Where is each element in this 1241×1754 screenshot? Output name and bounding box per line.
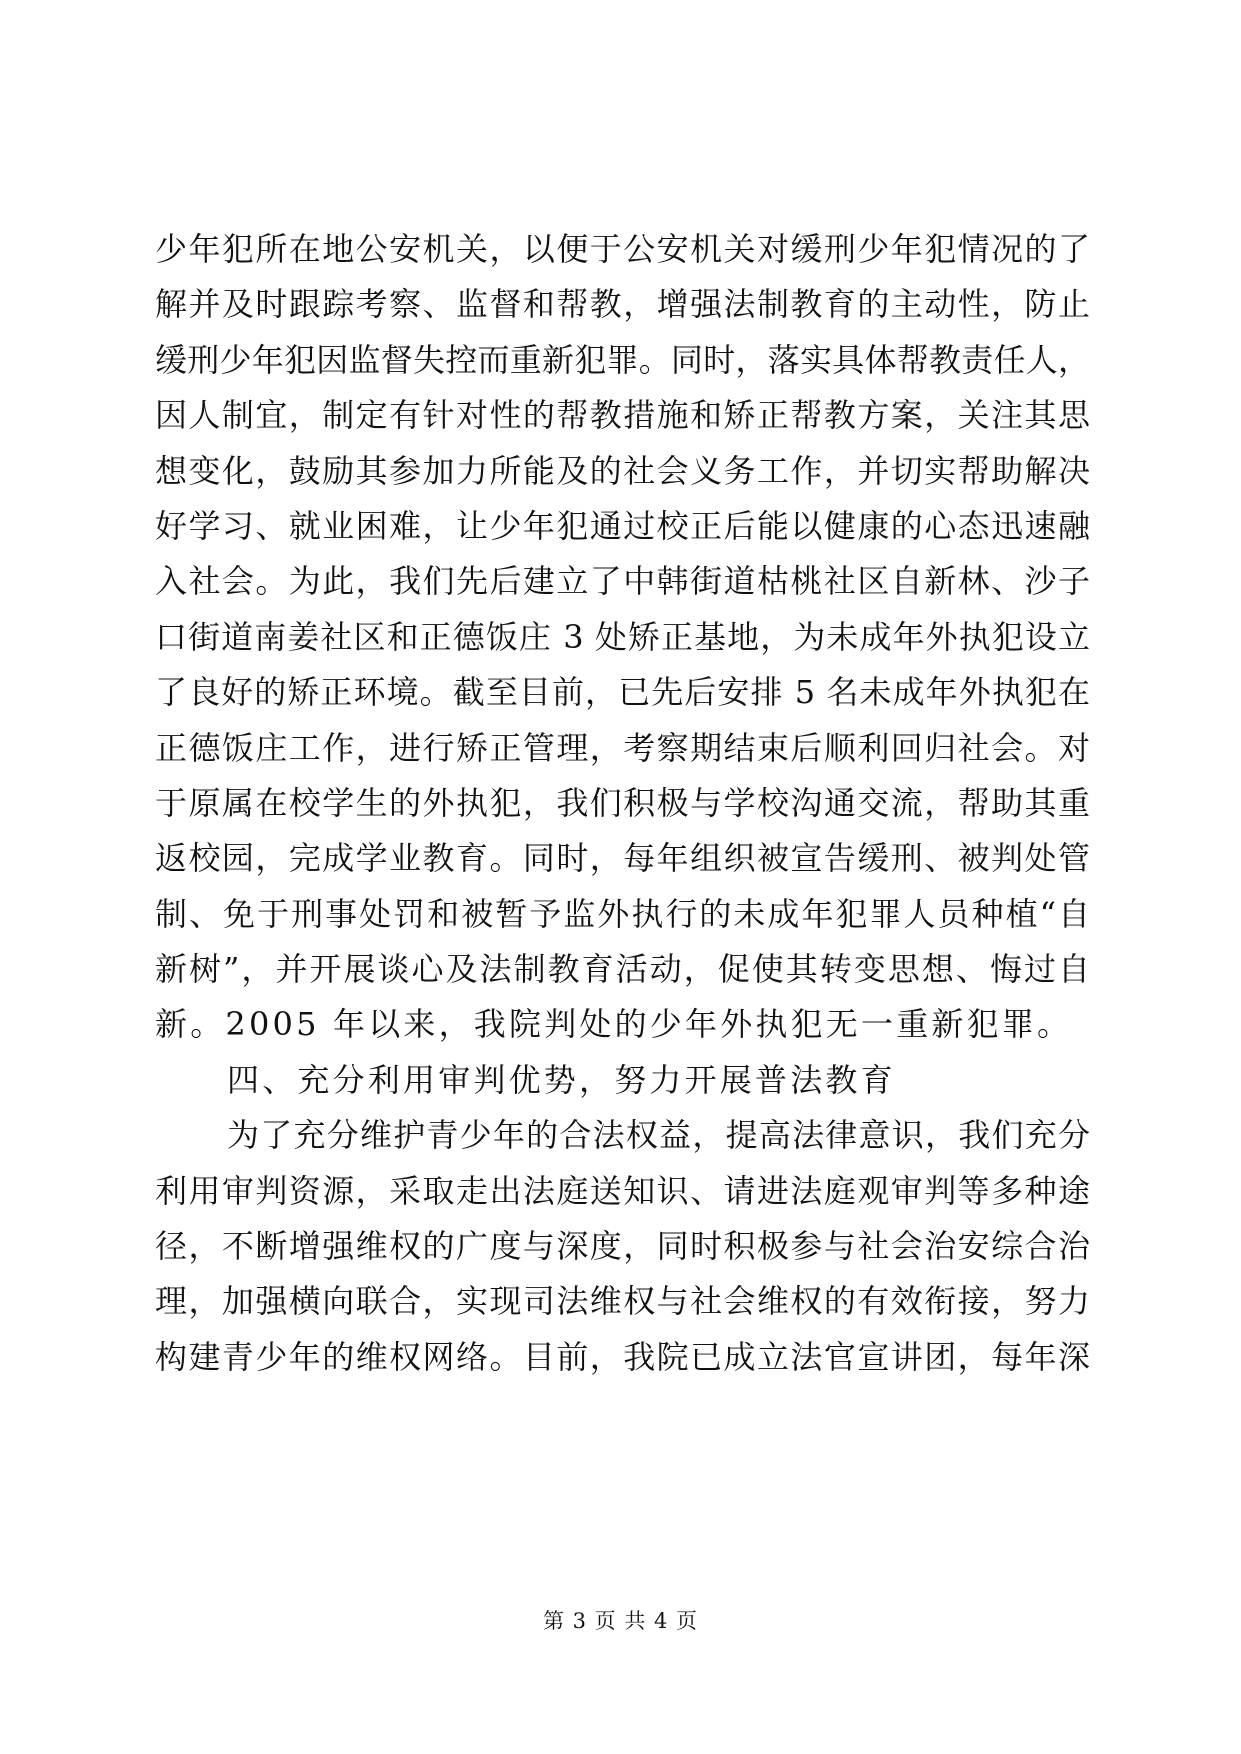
paragraph-line: 利用审判资源，采取走出法庭送知识、请进法庭观审判等多种途	[155, 1164, 1090, 1219]
paragraph-last-line: 新。2005 年以来，我院判处的少年外执犯无一重新犯罪。	[155, 997, 1090, 1052]
paragraph-line: 少年犯所在地公安机关，以便于公安机关对缓刑少年犯情况的了	[155, 222, 1090, 277]
document-page: 少年犯所在地公安机关，以便于公安机关对缓刑少年犯情况的了 解并及时跟踪考察、监督…	[0, 0, 1241, 1754]
paragraph-first-line: 为了充分维护青少年的合法权益，提高法律意识，我们充分	[155, 1108, 1090, 1163]
paragraph-line: 解并及时跟踪考察、监督和帮教，增强法制教育的主动性，防止	[155, 277, 1090, 332]
paragraph-line: 返校园，完成学业教育。同时，每年组织被宣告缓刑、被判处管	[155, 831, 1090, 886]
paragraph-line: 想变化，鼓励其参加力所能及的社会义务工作，并切实帮助解决	[155, 444, 1090, 499]
paragraph-line: 口街道南姜社区和正德饭庄 3 处矫正基地，为未成年外执犯设立	[155, 610, 1090, 665]
document-body: 少年犯所在地公安机关，以便于公安机关对缓刑少年犯情况的了 解并及时跟踪考察、监督…	[155, 222, 1090, 1385]
section-heading: 四、充分利用审判优势，努力开展普法教育	[155, 1053, 1090, 1108]
paragraph-line: 好学习、就业困难，让少年犯通过校正后能以健康的心态迅速融	[155, 499, 1090, 554]
paragraph-line: 构建青少年的维权网络。目前，我院已成立法官宣讲团，每年深	[155, 1330, 1090, 1385]
paragraph-line: 了良好的矫正环境。截至目前，已先后安排 5 名未成年外执犯在	[155, 665, 1090, 720]
paragraph-line: 新树”，并开展谈心及法制教育活动，促使其转变思想、悔过自	[155, 942, 1090, 997]
paragraph-line: 因人制宜，制定有针对性的帮教措施和矫正帮教方案，关注其思	[155, 388, 1090, 443]
paragraph-line: 径，不断增强维权的广度与深度，同时积极参与社会治安综合治	[155, 1219, 1090, 1274]
page-number-footer: 第 3 页 共 4 页	[0, 1605, 1241, 1635]
paragraph-line: 入社会。为此，我们先后建立了中韩街道枯桃社区自新林、沙子	[155, 554, 1090, 609]
paragraph-line: 于原属在校学生的外执犯，我们积极与学校沟通交流，帮助其重	[155, 776, 1090, 831]
paragraph-line: 缓刑少年犯因监督失控而重新犯罪。同时，落实具体帮教责任人，	[155, 333, 1090, 388]
paragraph-line: 理，加强横向联合，实现司法维权与社会维权的有效衔接，努力	[155, 1274, 1090, 1329]
paragraph-line: 正德饭庄工作，进行矫正管理，考察期结束后顺利回归社会。对	[155, 721, 1090, 776]
paragraph-line: 制、免于刑事处罚和被暂予监外执行的未成年犯罪人员种植“自	[155, 887, 1090, 942]
